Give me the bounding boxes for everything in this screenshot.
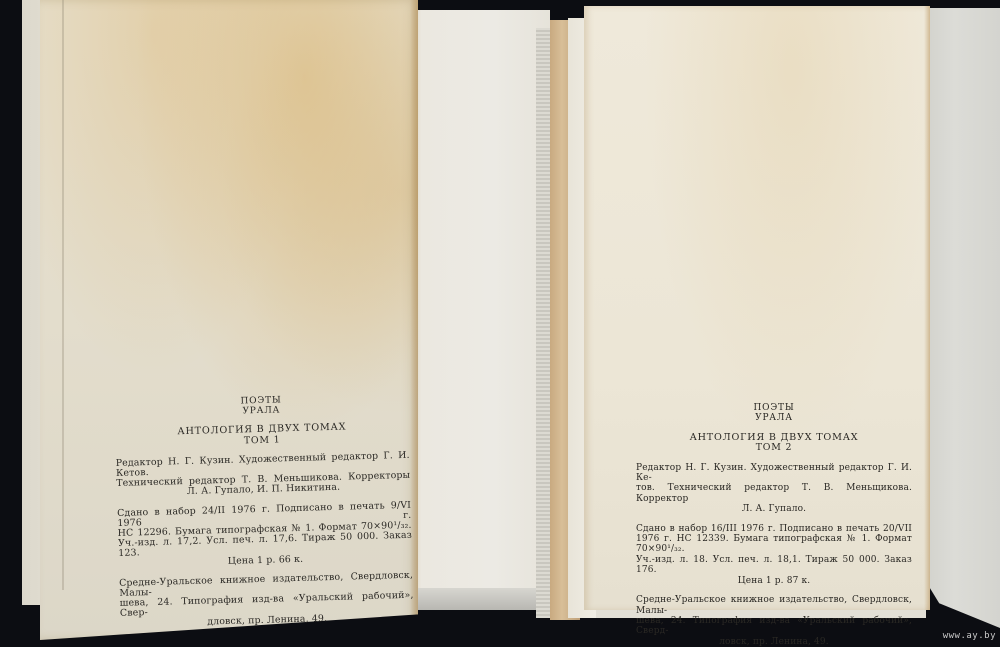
volume-label: ТОМ 2 xyxy=(636,443,912,453)
credits-line: тов. Технический редактор Т. В. Меньщико… xyxy=(636,483,912,504)
print-info-line: 1976 г. НС 12339. Бумага типографская № … xyxy=(636,534,912,555)
print-info-line: Уч.-изд. л. 18. Усл. печ. л. 18,1. Тираж… xyxy=(636,555,912,576)
left-colophon: ПОЭТЫ УРАЛА АНТОЛОГИЯ В ДВУХ ТОМАХ ТОМ 1… xyxy=(114,392,414,630)
print-info-line: Сдано в набор 16/III 1976 г. Подписано в… xyxy=(636,524,912,534)
publisher-line: ловск, пр. Ленина, 49. xyxy=(636,637,912,647)
credits-line: Л. А. Гупало. xyxy=(636,504,912,514)
credits-line: Редактор Н. Г. Кузин. Художественный ред… xyxy=(636,463,912,484)
watermark: www.ay.by xyxy=(943,631,996,641)
left-book-endpaper xyxy=(410,10,550,610)
publisher-line: Средне-Уральское книжное издательство, С… xyxy=(636,595,912,616)
book-title-line1: ПОЭТЫ xyxy=(636,403,912,413)
book-title-line2: УРАЛА xyxy=(636,413,912,423)
price: Цена 1 р. 87 к. xyxy=(636,576,912,586)
page-crease xyxy=(62,0,64,590)
publisher-line: шева, 24. Типография изд-ва «Уральский р… xyxy=(636,616,912,637)
right-book-facing-page xyxy=(924,8,1000,628)
right-colophon: ПОЭТЫ УРАЛА АНТОЛОГИЯ В ДВУХ ТОМАХ ТОМ 2… xyxy=(636,403,912,647)
